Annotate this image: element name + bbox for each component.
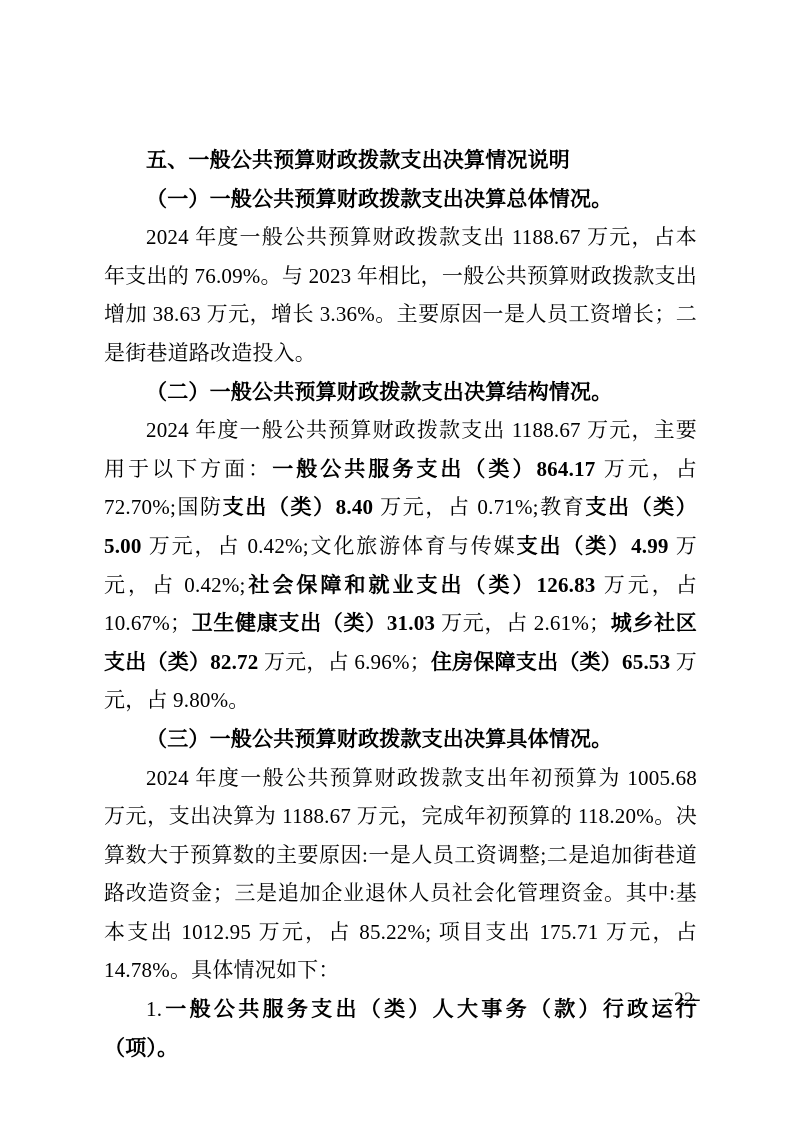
text-run: 1.	[146, 997, 162, 1021]
text-run: 万元，占 0.71%;教育	[373, 495, 585, 519]
text-run-bold: 支出（类）4.99	[517, 534, 669, 558]
text-run-bold: 五、一般公共预算财政拨款支出决算情况说明	[146, 148, 570, 172]
text-run-bold: （一）一般公共预算财政拨款支出决算总体情况。	[146, 187, 612, 211]
paragraph-heading-5-2: （二）一般公共预算财政拨款支出决算结构情况。	[104, 373, 697, 412]
text-run: 万元，占 2.61%；	[435, 611, 610, 635]
paragraph-para-overall: 2024 年度一般公共预算财政拨款支出 1188.67 万元，占本年支出的 76…	[104, 218, 697, 372]
text-run-bold: 支出（类）8.40	[223, 495, 374, 519]
text-run-bold: 一般公共服务支出（类）人大事务（款）行政运行（项）。	[104, 997, 697, 1060]
text-run: 2024 年度一般公共预算财政拨款支出年初预算为 1005.68 万元，支出决算…	[104, 766, 697, 983]
page-number: -22-	[667, 988, 701, 1012]
paragraph-para-structure: 2024 年度一般公共预算财政拨款支出 1188.67 万元，主要用于以下方面：…	[104, 411, 697, 720]
text-run: 万元，占 0.42%;文化旅游体育与传媒	[142, 534, 517, 558]
text-run: 2024 年度一般公共预算财政拨款支出 1188.67 万元，占本年支出的 76…	[104, 225, 697, 365]
text-run-bold: （三）一般公共预算财政拨款支出决算具体情况。	[146, 727, 612, 751]
paragraph-heading-section-5: 五、一般公共预算财政拨款支出决算情况说明	[104, 141, 697, 180]
paragraph-heading-5-3: （三）一般公共预算财政拨款支出决算具体情况。	[104, 720, 697, 759]
document-body: 五、一般公共预算财政拨款支出决算情况说明（一）一般公共预算财政拨款支出决算总体情…	[104, 141, 697, 1067]
paragraph-heading-5-1: （一）一般公共预算财政拨款支出决算总体情况。	[104, 180, 697, 219]
text-run-bold: 一般公共服务支出（类）864.17	[272, 457, 595, 481]
text-run-bold: 住房保障支出（类）65.53	[431, 650, 670, 674]
paragraph-para-detail: 2024 年度一般公共预算财政拨款支出年初预算为 1005.68 万元，支出决算…	[104, 759, 697, 991]
paragraph-para-item-1: 1.一般公共服务支出（类）人大事务（款）行政运行（项）。	[104, 990, 697, 1067]
text-run-bold: （二）一般公共预算财政拨款支出决算结构情况。	[146, 380, 612, 404]
document-page: 五、一般公共预算财政拨款支出决算情况说明（一）一般公共预算财政拨款支出决算总体情…	[0, 0, 793, 1122]
text-run-bold: 社会保障和就业支出（类）126.83	[246, 573, 596, 597]
text-run-bold: 卫生健康支出（类）31.03	[191, 611, 435, 635]
text-run: 万元，占 6.96%；	[258, 650, 430, 674]
